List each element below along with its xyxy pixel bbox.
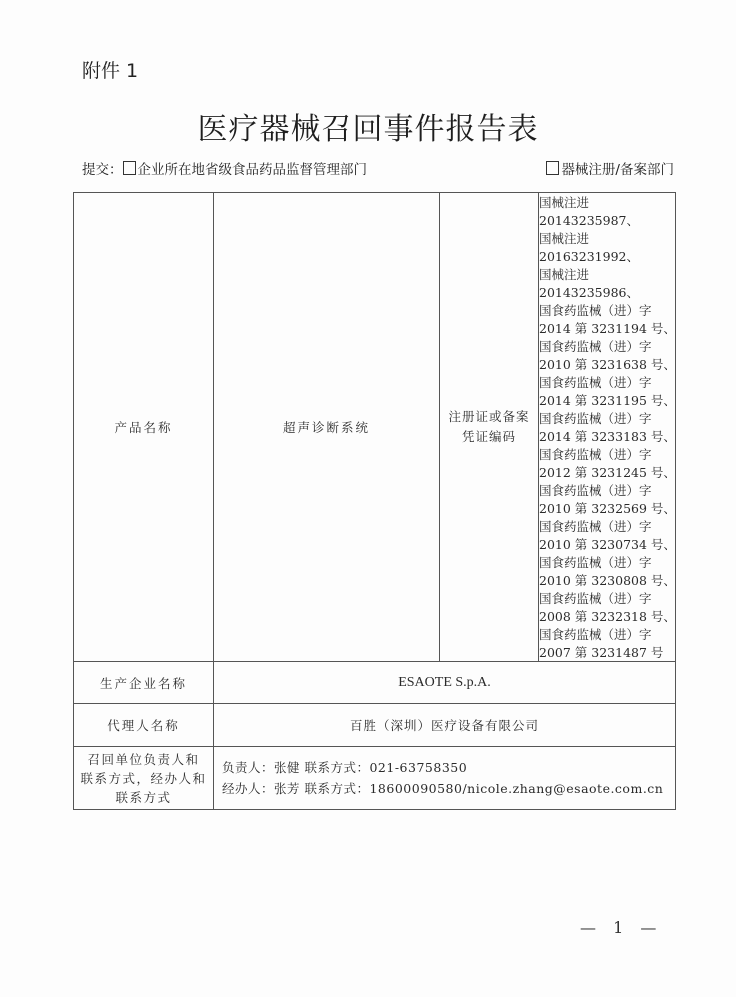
registration-number-line: 国食药监械（进）字 (539, 373, 675, 391)
submit-option-registration: 器械注册/备案部门 (561, 162, 674, 178)
registration-number-line: 国食药监械（进）字 (539, 301, 675, 319)
registration-number-line: 20143235987、 (539, 211, 675, 229)
contact-value: 负责人：张健 联系方式：021-63758350 经办人：张芳 联系方式：186… (214, 747, 676, 810)
registration-number-line: 国食药监械（进）字 (539, 517, 675, 535)
registration-numbers: 国械注进20143235987、国械注进20163231992、国械注进2014… (539, 193, 676, 662)
checkbox-registration-dept[interactable] (546, 161, 559, 175)
submit-option-provincial: 企业所在地省级食品药品监督管理部门 (138, 162, 368, 178)
manufacturer-row: 生产企业名称 ESAOTE S.p.A. (74, 662, 676, 704)
registration-number-line: 国械注进 (539, 193, 675, 211)
registration-number-line: 国食药监械（进）字 (539, 589, 675, 607)
registration-number-line: 国食药监械（进）字 (539, 553, 675, 571)
product-row: 产品名称 超声诊断系统 注册证或备案凭证编码 国械注进20143235987、国… (74, 193, 676, 662)
contact-label-line: 召回单位负责人和 (74, 750, 213, 769)
registration-number-line: 国食药监械（进）字 (539, 337, 675, 355)
registration-number-line: 2010 第 3230808 号、 (539, 571, 675, 589)
product-name-label: 产品名称 (74, 193, 214, 662)
registration-label: 注册证或备案凭证编码 (440, 193, 539, 662)
registration-number-line: 2014 第 3231194 号、 (539, 319, 675, 337)
contact-label: 召回单位负责人和 联系方式，经办人和 联系方式 (74, 747, 214, 810)
submit-line: 提交：企业所在地省级食品药品监督管理部门 (82, 158, 367, 178)
registration-number-line: 2010 第 3231638 号、 (539, 355, 675, 373)
checkbox-provincial[interactable] (123, 161, 136, 175)
registration-number-line: 2007 第 3231487 号 (539, 643, 675, 661)
agent-label: 代理人名称 (74, 704, 214, 747)
document-title: 医疗器械召回事件报告表 (0, 104, 736, 148)
registration-number-line: 20163231992、 (539, 247, 675, 265)
registration-number-line: 国食药监械（进）字 (539, 445, 675, 463)
registration-number-line: 国食药监械（进）字 (539, 409, 675, 427)
registration-number-line: 国食药监械（进）字 (539, 625, 675, 643)
agent-row: 代理人名称 百胜（深圳）医疗设备有限公司 (74, 704, 676, 747)
recall-report-table: 产品名称 超声诊断系统 注册证或备案凭证编码 国械注进20143235987、国… (73, 192, 676, 810)
registration-number-line: 2008 第 3232318 号、 (539, 607, 675, 625)
registration-number-line: 2014 第 3233183 号、 (539, 427, 675, 445)
registration-number-line: 国食药监械（进）字 (539, 481, 675, 499)
product-name-value: 超声诊断系统 (214, 193, 440, 662)
registration-number-line: 20143235986、 (539, 283, 675, 301)
attachment-label: 附件 1 (82, 56, 138, 83)
responsible-person-line: 负责人：张健 联系方式：021-63758350 (222, 757, 675, 778)
registration-number-line: 国械注进 (539, 265, 675, 283)
manufacturer-label: 生产企业名称 (74, 662, 214, 704)
page-number: — 1 — (580, 918, 662, 937)
submit-prefix: 提交： (82, 162, 123, 178)
registration-number-line: 2010 第 3232569 号、 (539, 499, 675, 517)
registration-number-line: 国械注进 (539, 229, 675, 247)
contact-row: 召回单位负责人和 联系方式，经办人和 联系方式 负责人：张健 联系方式：021-… (74, 747, 676, 810)
submit-line-right: 器械注册/备案部门 (546, 158, 674, 178)
registration-number-line: 2014 第 3231195 号、 (539, 391, 675, 409)
agent-value: 百胜（深圳）医疗设备有限公司 (214, 704, 676, 747)
contact-label-line: 联系方式 (74, 788, 213, 807)
handler-line: 经办人：张芳 联系方式：18600090580/nicole.zhang@esa… (222, 778, 675, 799)
manufacturer-value: ESAOTE S.p.A. (214, 662, 676, 704)
registration-number-line: 2010 第 3230734 号、 (539, 535, 675, 553)
contact-label-line: 联系方式，经办人和 (74, 769, 213, 788)
registration-number-line: 2012 第 3231245 号、 (539, 463, 675, 481)
